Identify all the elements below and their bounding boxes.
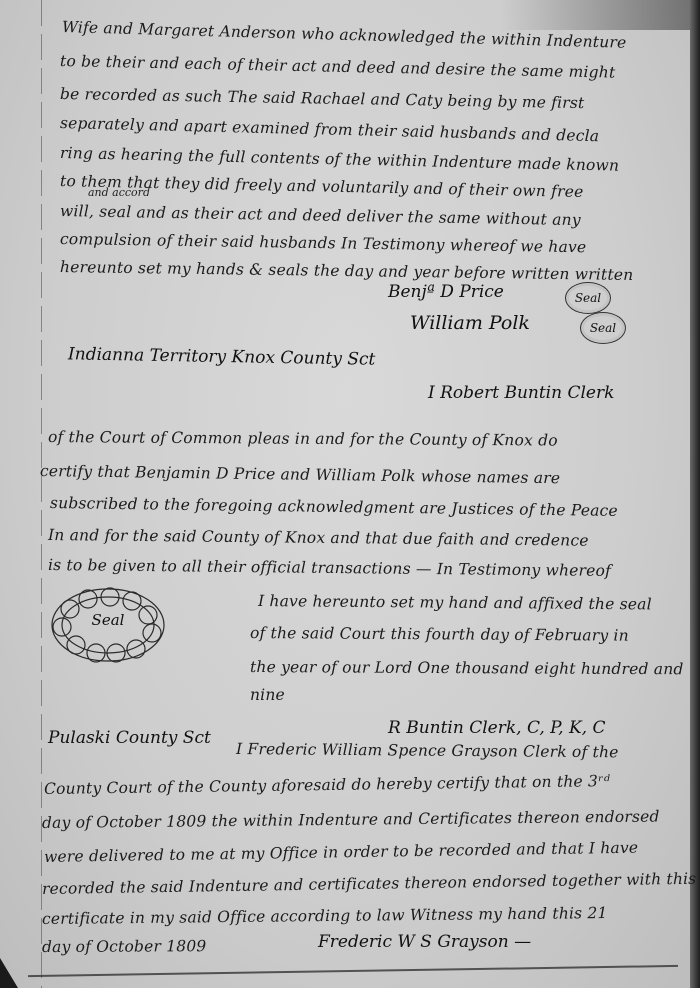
page-edge bbox=[690, 0, 700, 988]
seal-price: Seal bbox=[565, 282, 611, 314]
text-line: the year of our Lord One thousand eight … bbox=[250, 658, 684, 678]
clerk-opening: I Robert Buntin Clerk bbox=[428, 383, 614, 403]
text-line: I Frederic William Spence Grayson Clerk … bbox=[236, 740, 619, 761]
page-shadow bbox=[500, 0, 700, 30]
page-corner-shadow bbox=[0, 958, 18, 988]
signature-polk: William Polk bbox=[410, 312, 530, 334]
seal-polk: Seal bbox=[580, 312, 626, 344]
text-line: of the said Court this fourth day of Feb… bbox=[250, 624, 629, 645]
margin-rule bbox=[41, 0, 42, 988]
court-seal: Seal bbox=[48, 585, 168, 665]
signature-price: Benjª D Price bbox=[388, 282, 504, 302]
signature-buntin: R Buntin Clerk, C, P, K, C bbox=[388, 718, 605, 738]
text-line: I have hereunto set my hand and affixed … bbox=[258, 592, 652, 613]
text-line: of the Court of Common pleas in and for … bbox=[48, 428, 558, 450]
text-line: nine bbox=[250, 686, 285, 704]
venue-heading-pulaski: Pulaski County Sct bbox=[48, 728, 211, 748]
seal-label: Seal bbox=[78, 611, 138, 629]
signature-grayson: Frederic W S Grayson — bbox=[318, 932, 531, 952]
text-line: day of October 1809 bbox=[42, 937, 207, 956]
interlineation: and accord bbox=[88, 186, 150, 199]
